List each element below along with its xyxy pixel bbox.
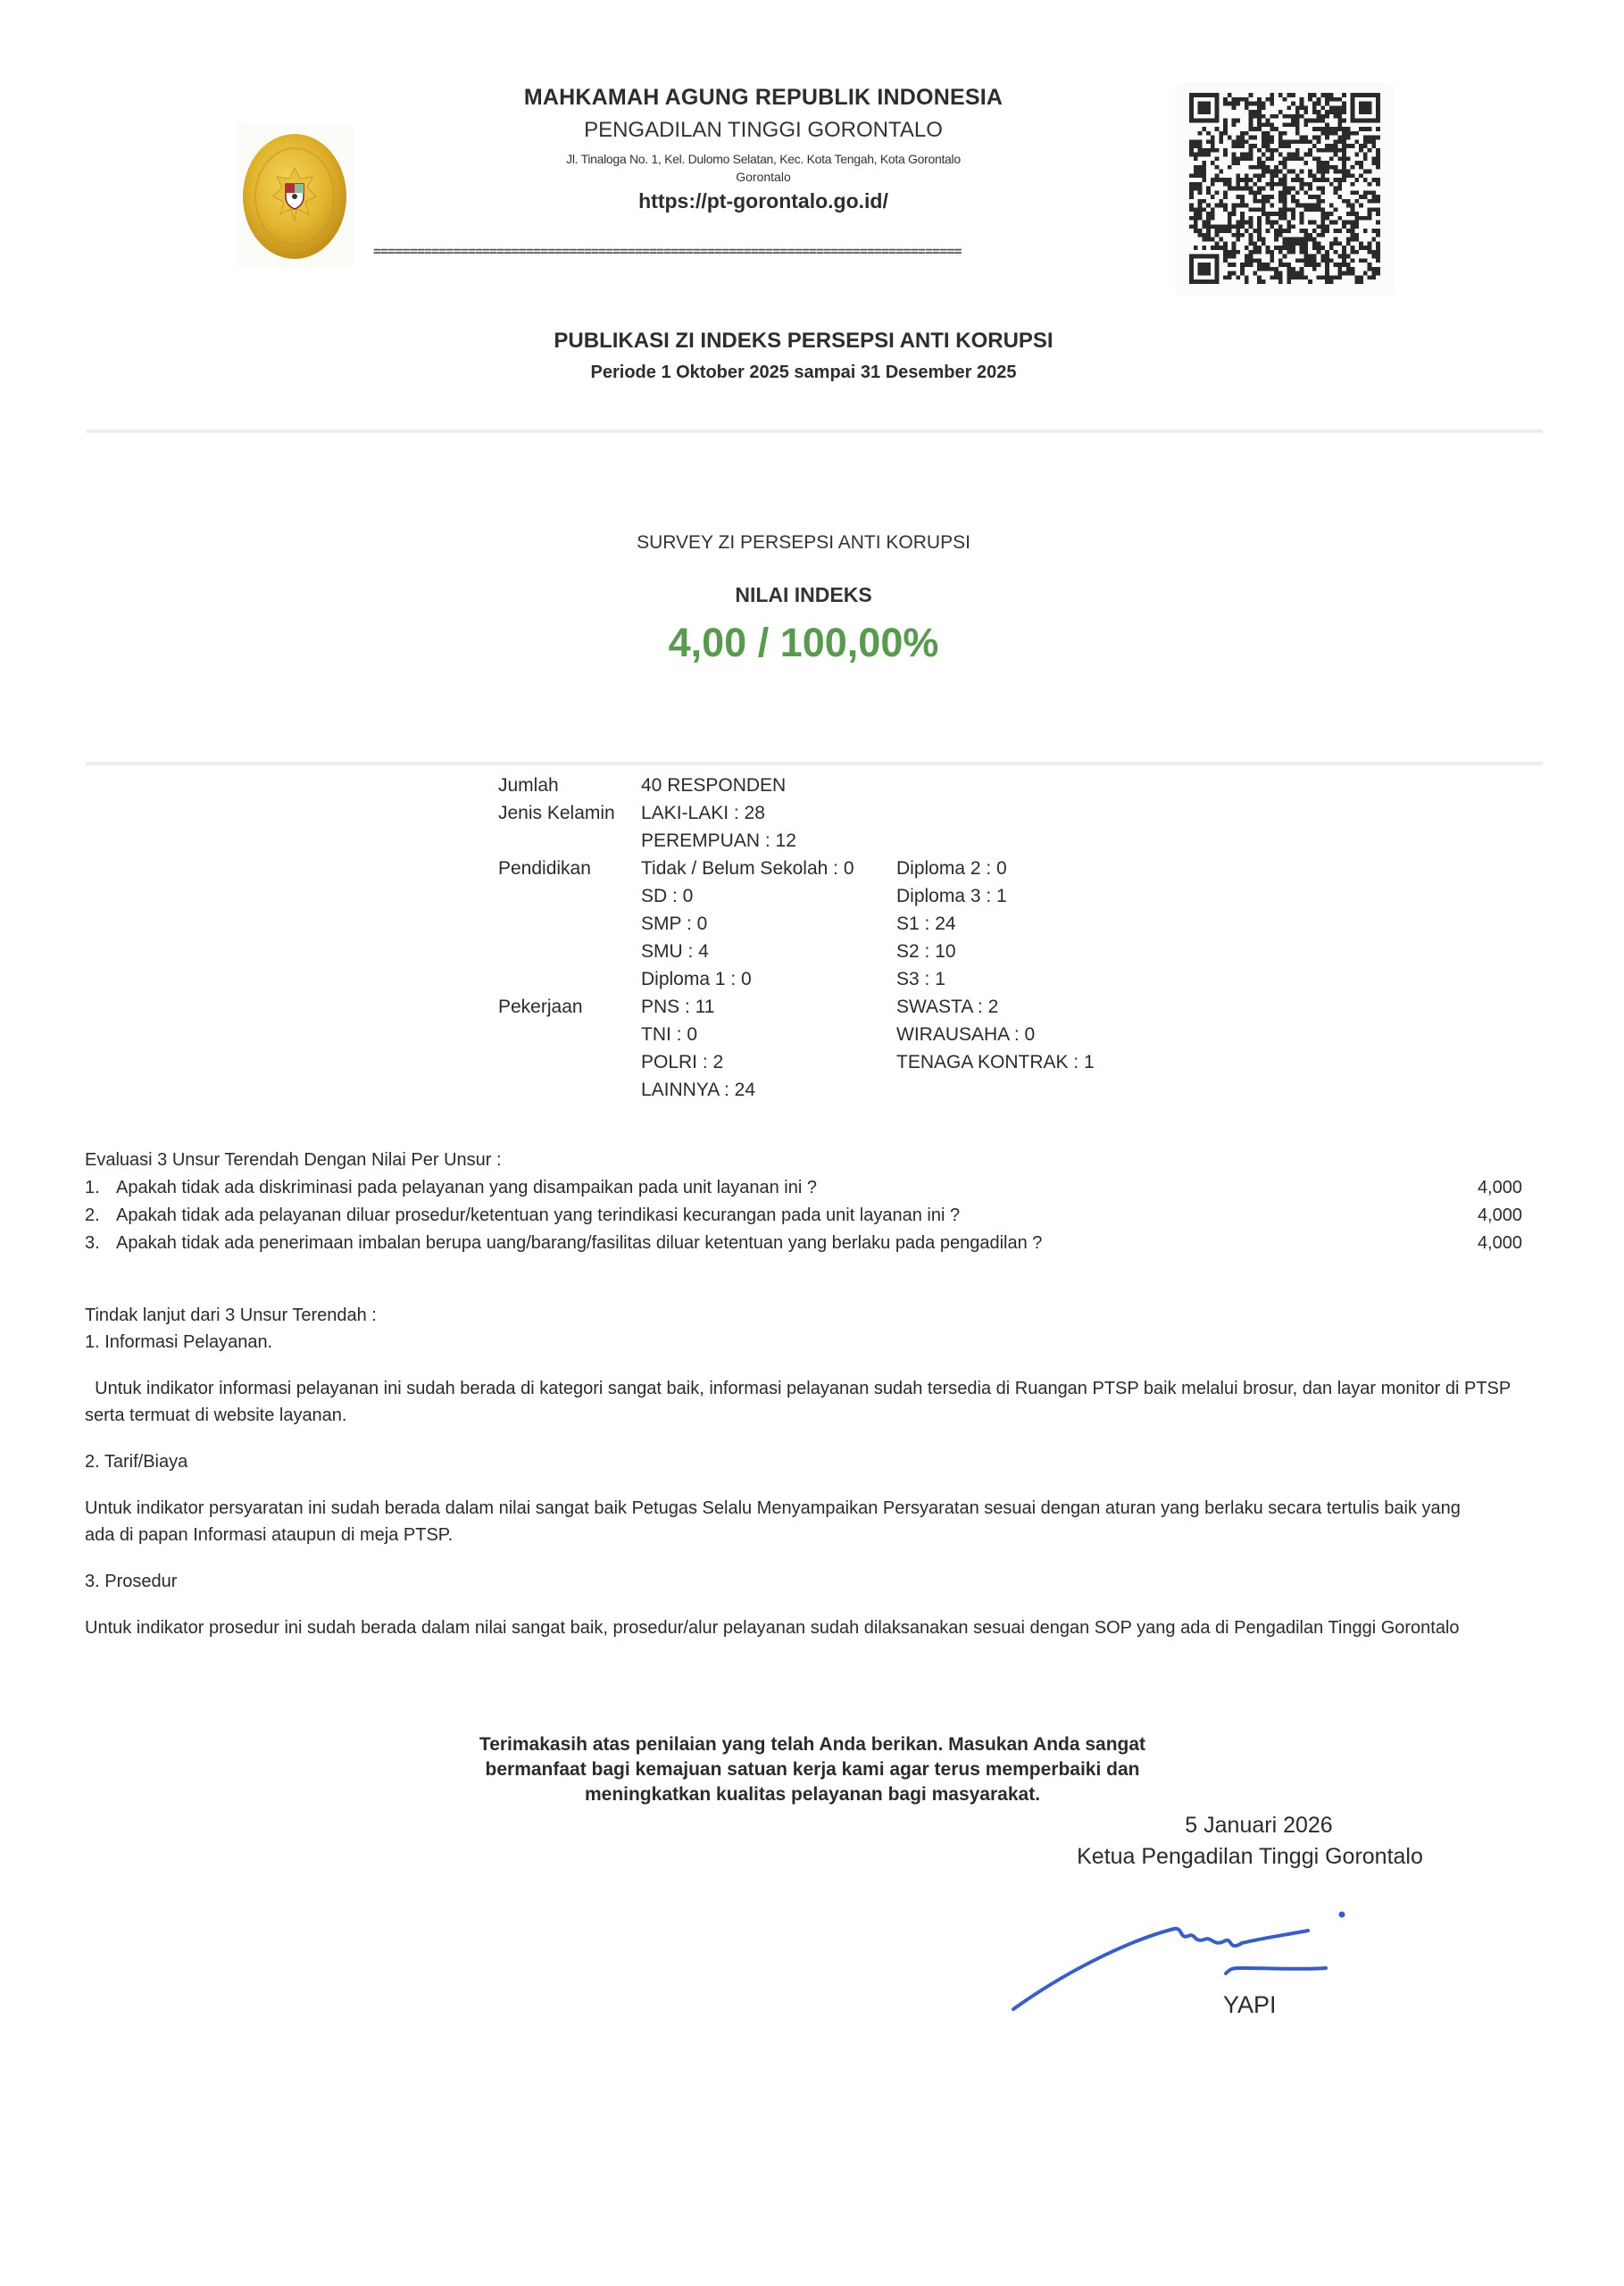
item-score: 4,000 bbox=[1478, 1202, 1522, 1230]
education-item: Diploma 2 : 0 bbox=[896, 855, 1007, 882]
evaluation-heading: Evaluasi 3 Unsur Terendah Dengan Nilai P… bbox=[85, 1150, 502, 1170]
court-seal-icon bbox=[237, 125, 352, 266]
followup-title: 2. Tarif/Biaya bbox=[85, 1448, 1522, 1475]
item-question: Apakah tidak ada penerimaan imbalan beru… bbox=[116, 1230, 1042, 1257]
followup-body: Untuk indikator prosedur ini sudah berad… bbox=[85, 1614, 1522, 1641]
item-number: 1. bbox=[85, 1174, 100, 1202]
institution-name: MAHKAMAH AGUNG REPUBLIK INDONESIA bbox=[357, 85, 1170, 111]
closing-line: Terimakasih atas penilaian yang telah An… bbox=[393, 1732, 1232, 1757]
jumlah-value: 40 RESPONDEN bbox=[641, 772, 786, 799]
job-item: SWASTA : 2 bbox=[896, 993, 998, 1021]
education-item: SD : 0 bbox=[641, 882, 693, 910]
index-label: NILAI INDEKS bbox=[446, 583, 1161, 607]
item-number: 3. bbox=[85, 1230, 100, 1257]
handwritten-signature-icon bbox=[1004, 1911, 1397, 2027]
letterhead: MAHKAMAH AGUNG REPUBLIK INDONESIA PENGAD… bbox=[357, 85, 1170, 213]
court-seal-logo bbox=[237, 125, 352, 266]
evaluation-item: 1. Apakah tidak ada diskriminasi pada pe… bbox=[85, 1174, 1522, 1202]
signer-name: YAPI bbox=[1223, 1991, 1277, 2019]
followup-title: 3. Prosedur bbox=[85, 1568, 1522, 1595]
item-score: 4,000 bbox=[1478, 1174, 1522, 1202]
followup-title: 1. Informasi Pelayanan. bbox=[85, 1329, 1522, 1356]
qr-code-icon bbox=[1189, 93, 1380, 284]
header-separator: ========================================… bbox=[373, 243, 1153, 259]
section-divider bbox=[86, 429, 1543, 434]
education-label: Pendidikan bbox=[498, 855, 591, 882]
publication-title: PUBLIKASI ZI INDEKS PERSEPSI ANTI KORUPS… bbox=[357, 329, 1250, 354]
followup-body: Untuk indikator informasi pelayanan ini … bbox=[85, 1375, 1522, 1429]
education-item: Diploma 1 : 0 bbox=[641, 965, 752, 993]
followup-body: Untuk indikator persyaratan ini sudah be… bbox=[85, 1495, 1522, 1548]
education-item: SMP : 0 bbox=[641, 910, 707, 938]
publication-period: Periode 1 Oktober 2025 sampai 31 Desembe… bbox=[357, 363, 1250, 383]
job-item: LAINNYA : 24 bbox=[641, 1076, 755, 1104]
job-item: POLRI : 2 bbox=[641, 1048, 723, 1076]
education-item: Tidak / Belum Sekolah : 0 bbox=[641, 855, 854, 882]
education-item: SMU : 4 bbox=[641, 938, 709, 965]
job-item: PNS : 11 bbox=[641, 993, 714, 1021]
closing-message: Terimakasih atas penilaian yang telah An… bbox=[393, 1732, 1232, 1807]
document-title: PUBLIKASI ZI INDEKS PERSEPSI ANTI KORUPS… bbox=[357, 329, 1250, 383]
job-item: TENAGA KONTRAK : 1 bbox=[896, 1048, 1095, 1076]
court-website-link[interactable]: https://pt-gorontalo.go.id/ bbox=[357, 189, 1170, 213]
signature-date: 5 Januari 2026 bbox=[1009, 1813, 1491, 1839]
closing-line: bermanfaat bagi kemajuan satuan kerja ka… bbox=[393, 1757, 1232, 1782]
signer-position: Ketua Pengadilan Tinggi Gorontalo bbox=[1009, 1844, 1491, 1870]
education-item: Diploma 3 : 1 bbox=[896, 882, 1007, 910]
signature-block: 5 Januari 2026 Ketua Pengadilan Tinggi G… bbox=[1009, 1813, 1491, 1870]
section-divider bbox=[86, 761, 1543, 766]
followup-heading: Tindak lanjut dari 3 Unsur Terendah : bbox=[85, 1302, 1522, 1329]
gender-female: PEREMPUAN : 12 bbox=[641, 827, 796, 855]
item-number: 2. bbox=[85, 1202, 100, 1230]
gender-male: LAKI-LAKI : 28 bbox=[641, 799, 765, 827]
court-name: PENGADILAN TINGGI GORONTALO bbox=[357, 118, 1170, 143]
followup-section: Tindak lanjut dari 3 Unsur Terendah : 1.… bbox=[85, 1302, 1522, 1641]
education-item: S1 : 24 bbox=[896, 910, 956, 938]
job-item: TNI : 0 bbox=[641, 1021, 697, 1048]
evaluation-item: 2. Apakah tidak ada pelayanan diluar pro… bbox=[85, 1202, 1522, 1230]
court-address-city: Gorontalo bbox=[357, 170, 1170, 184]
item-score: 4,000 bbox=[1478, 1230, 1522, 1257]
index-value: 4,00 / 100,00% bbox=[446, 620, 1161, 666]
education-item: S2 : 10 bbox=[896, 938, 956, 965]
lowest-elements-evaluation: Evaluasi 3 Unsur Terendah Dengan Nilai P… bbox=[85, 1147, 1522, 1257]
closing-line: meningkatkan kualitas pelayanan bagi mas… bbox=[393, 1782, 1232, 1807]
item-question: Apakah tidak ada diskriminasi pada pelay… bbox=[116, 1174, 817, 1202]
evaluation-item: 3. Apakah tidak ada penerimaan imbalan b… bbox=[85, 1230, 1522, 1257]
survey-label: SURVEY ZI PERSEPSI ANTI KORUPSI bbox=[446, 532, 1161, 554]
job-item: WIRAUSAHA : 0 bbox=[896, 1021, 1035, 1048]
education-item: S3 : 1 bbox=[896, 965, 945, 993]
job-label: Pekerjaan bbox=[498, 993, 583, 1021]
gender-label: Jenis Kelamin bbox=[498, 799, 615, 827]
survey-index-block: SURVEY ZI PERSEPSI ANTI KORUPSI NILAI IN… bbox=[446, 532, 1161, 666]
item-question: Apakah tidak ada pelayanan diluar prosed… bbox=[116, 1202, 960, 1230]
court-address: Jl. Tinaloga No. 1, Kel. Dulomo Selatan,… bbox=[357, 152, 1170, 166]
jumlah-label: Jumlah bbox=[498, 772, 559, 799]
qr-code bbox=[1177, 86, 1393, 293]
